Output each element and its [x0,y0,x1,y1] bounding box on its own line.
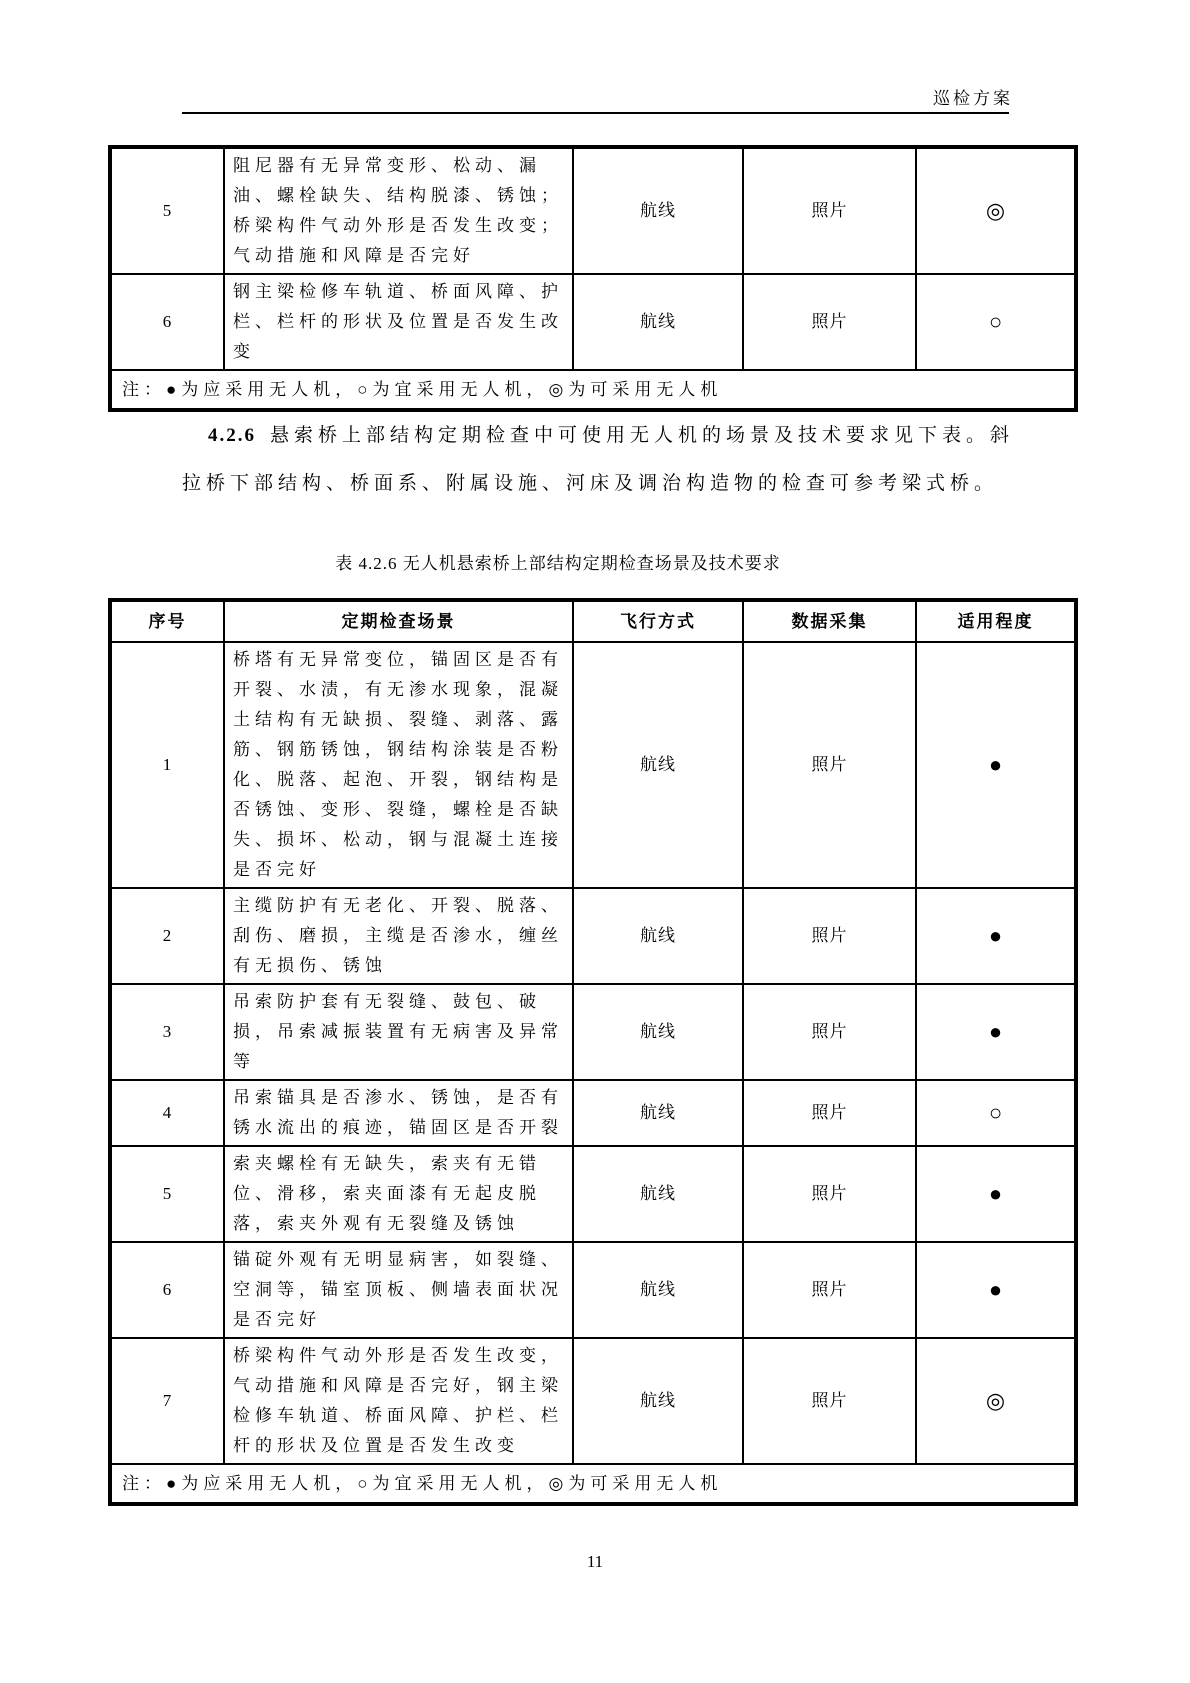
table-row: 3 吊索防护套有无裂缝、鼓包、破损，吊索减振装置有无病害及异常等 航线 照片 ● [110,984,1076,1080]
seq-cell: 6 [110,1242,224,1338]
seq-cell: 2 [110,888,224,984]
applicability-cell: ● [916,1146,1076,1242]
flight-mode-cell: 航线 [573,1338,743,1464]
header-seq: 序号 [110,600,224,642]
table-row: 1 桥塔有无异常变位，锚固区是否有开裂、水渍，有无渗水现象，混凝土结构有无缺损、… [110,642,1076,888]
seq-cell: 5 [110,147,224,274]
flight-mode-cell: 航线 [573,1080,743,1146]
data-collect-cell: 照片 [743,1242,916,1338]
table-row: 6 锚碇外观有无明显病害，如裂缝、空洞等，锚室顶板、侧墙表面状况是否完好 航线 … [110,1242,1076,1338]
seq-cell: 1 [110,642,224,888]
legend-note: 注：●为应采用无人机，○为宜采用无人机，◎为可采用无人机 [110,370,1076,410]
table-row: 5 索夹螺栓有无缺失，索夹有无错位、滑移，索夹面漆有无起皮脱落，索夹外观有无裂缝… [110,1146,1076,1242]
table-note-row: 注：●为应采用无人机，○为宜采用无人机，◎为可采用无人机 [110,1464,1076,1504]
section-text: 悬索桥上部结构定期检查中可使用无人机的场景及技术要求见下表。斜拉桥下部结构、桥面… [182,425,1014,494]
page-number: 11 [0,1552,1190,1572]
header-applicability: 适用程度 [916,600,1076,642]
applicability-cell: ◎ [916,1338,1076,1464]
applicability-cell: ● [916,1242,1076,1338]
page-header-title: 巡检方案 [933,84,1013,109]
table-row: 2 主缆防护有无老化、开裂、脱落、刮伤、磨损，主缆是否渗水，缠丝有无损伤、锈蚀 … [110,888,1076,984]
data-collect-cell: 照片 [743,274,916,370]
scene-cell: 吊索防护套有无裂缝、鼓包、破损，吊索减振装置有无病害及异常等 [224,984,573,1080]
scene-cell: 阻尼器有无异常变形、松动、漏油、螺栓缺失、结构脱漆、锈蚀；桥梁构件气动外形是否发… [224,147,573,274]
data-collect-cell: 照片 [743,1080,916,1146]
table-row: 5 阻尼器有无异常变形、松动、漏油、螺栓缺失、结构脱漆、锈蚀；桥梁构件气动外形是… [110,147,1076,274]
flight-mode-cell: 航线 [573,984,743,1080]
applicability-cell: ○ [916,274,1076,370]
table-row: 4 吊索锚具是否渗水、锈蚀，是否有锈水流出的痕迹，锚固区是否开裂 航线 照片 ○ [110,1080,1076,1146]
applicability-cell: ○ [916,1080,1076,1146]
seq-cell: 5 [110,1146,224,1242]
flight-mode-cell: 航线 [573,147,743,274]
seq-cell: 3 [110,984,224,1080]
flight-mode-cell: 航线 [573,642,743,888]
section-paragraph: 4.2.6悬索桥上部结构定期检查中可使用无人机的场景及技术要求见下表。斜拉桥下部… [182,412,1034,508]
scene-cell: 钢主梁检修车轨道、桥面风障、护栏、栏杆的形状及位置是否发生改变 [224,274,573,370]
suspension-bridge-table: 序号 定期检查场景 飞行方式 数据采集 适用程度 1 桥塔有无异常变位，锚固区是… [108,598,1078,1506]
beam-bridge-table-continuation: 5 阻尼器有无异常变形、松动、漏油、螺栓缺失、结构脱漆、锈蚀；桥梁构件气动外形是… [108,145,1078,412]
applicability-cell: ● [916,984,1076,1080]
flight-mode-cell: 航线 [573,1242,743,1338]
legend-note: 注：●为应采用无人机，○为宜采用无人机，◎为可采用无人机 [110,1464,1076,1504]
data-collect-cell: 照片 [743,642,916,888]
table-caption: 表 4.2.6 无人机悬索桥上部结构定期检查场景及技术要求 [75,549,1041,574]
table-note-row: 注：●为应采用无人机，○为宜采用无人机，◎为可采用无人机 [110,370,1076,410]
data-collect-cell: 照片 [743,1338,916,1464]
header-flight-mode: 飞行方式 [573,600,743,642]
header-data-collect: 数据采集 [743,600,916,642]
flight-mode-cell: 航线 [573,888,743,984]
flight-mode-cell: 航线 [573,1146,743,1242]
scene-cell: 索夹螺栓有无缺失，索夹有无错位、滑移，索夹面漆有无起皮脱落，索夹外观有无裂缝及锈… [224,1146,573,1242]
seq-cell: 4 [110,1080,224,1146]
applicability-cell: ◎ [916,147,1076,274]
scene-cell: 吊索锚具是否渗水、锈蚀，是否有锈水流出的痕迹，锚固区是否开裂 [224,1080,573,1146]
data-collect-cell: 照片 [743,984,916,1080]
data-collect-cell: 照片 [743,888,916,984]
data-collect-cell: 照片 [743,1146,916,1242]
scene-cell: 桥塔有无异常变位，锚固区是否有开裂、水渍，有无渗水现象，混凝土结构有无缺损、裂缝… [224,642,573,888]
table-header-row: 序号 定期检查场景 飞行方式 数据采集 适用程度 [110,600,1076,642]
table-row: 7 桥梁构件气动外形是否发生改变，气动措施和风障是否完好，钢主梁检修车轨道、桥面… [110,1338,1076,1464]
seq-cell: 6 [110,274,224,370]
section-number: 4.2.6 [208,425,256,446]
header-divider-rule [182,112,1009,114]
seq-cell: 7 [110,1338,224,1464]
scene-cell: 桥梁构件气动外形是否发生改变，气动措施和风障是否完好，钢主梁检修车轨道、桥面风障… [224,1338,573,1464]
scene-cell: 锚碇外观有无明显病害，如裂缝、空洞等，锚室顶板、侧墙表面状况是否完好 [224,1242,573,1338]
applicability-cell: ● [916,888,1076,984]
header-scene: 定期检查场景 [224,600,573,642]
applicability-cell: ● [916,642,1076,888]
data-collect-cell: 照片 [743,147,916,274]
flight-mode-cell: 航线 [573,274,743,370]
table-row: 6 钢主梁检修车轨道、桥面风障、护栏、栏杆的形状及位置是否发生改变 航线 照片 … [110,274,1076,370]
scene-cell: 主缆防护有无老化、开裂、脱落、刮伤、磨损，主缆是否渗水，缠丝有无损伤、锈蚀 [224,888,573,984]
